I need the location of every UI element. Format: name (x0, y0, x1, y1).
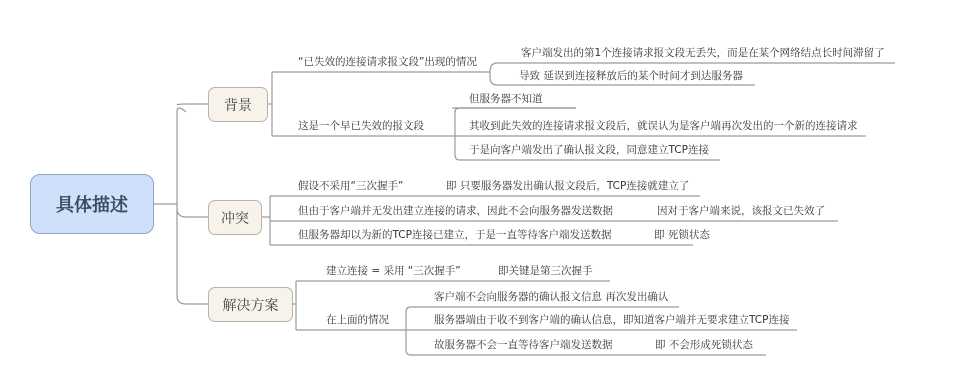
topic-invalid-segment-scenario[interactable]: “已失效的连接请求报文段”出现的情况 (298, 55, 477, 69)
branch-label: 背景 (224, 95, 252, 115)
topic-use-three-way[interactable]: 建立连接 = 采用 “三次握手” (326, 264, 461, 278)
branch-label: 冲突 (221, 208, 249, 228)
note-segment-invalid[interactable]: 因对于客户端来说，该报文已失效了 (657, 204, 825, 218)
topic-arrives-late[interactable]: 导致 延误到连接释放后的某个时间才到达服务器 (519, 69, 743, 83)
root-label: 具体描述 (56, 191, 128, 217)
note-connection-established[interactable]: 即 只要服务器发出确认报文段后，TCP连接就建立了 (446, 179, 689, 193)
topic-in-above-case[interactable]: 在上面的情况 (326, 313, 389, 327)
branch-conflict[interactable]: 冲突 (208, 200, 262, 235)
topic-segment-delayed[interactable]: 客户端发出的第1个连接请求报文段无丢失，而是在某个网络结点长时间滞留了 (521, 46, 885, 60)
topic-server-waits[interactable]: 但服务器却以为新的TCP连接已建立，于是一直等待客户端发送数据 (298, 228, 611, 242)
branch-solution[interactable]: 解决方案 (208, 287, 293, 322)
topic-server-knows[interactable]: 服务器端由于收不到客户端的确认信息，即知道客户端并无要求建立TCP连接 (434, 313, 789, 327)
note-deadlock[interactable]: 即 死锁状态 (654, 228, 710, 242)
root-node[interactable]: 具体描述 (30, 174, 154, 234)
branch-label: 解决方案 (223, 295, 279, 315)
topic-client-no-data[interactable]: 但由于客户端并无发出建立连接的请求，因此不会向服务器发送数据 (298, 204, 613, 218)
topic-client-no-confirm[interactable]: 客户端不会向服务器的确认报文信息 再次发出确认 (434, 290, 668, 304)
topic-no-three-way[interactable]: 假设不采用“三次握手” (298, 179, 403, 193)
topic-already-invalid[interactable]: 这是一个早已失效的报文段 (298, 119, 424, 133)
topic-mistaken-new-request[interactable]: 其收到此失效的连接请求报文段后，就误认为是客户端再次发出的一个新的连接请求 (469, 119, 858, 133)
topic-sends-ack[interactable]: 于是向客户端发出了确认报文段，同意建立TCP连接 (469, 143, 709, 157)
topic-server-not-waiting[interactable]: 故服务器不会一直等待客户端发送数据 (434, 338, 613, 352)
note-no-deadlock[interactable]: 即 不会形成死锁状态 (655, 338, 753, 352)
topic-server-unaware[interactable]: 但服务器不知道 (469, 92, 543, 106)
note-third-handshake-key[interactable]: 即关键是第三次握手 (498, 264, 593, 278)
branch-background[interactable]: 背景 (208, 87, 268, 122)
